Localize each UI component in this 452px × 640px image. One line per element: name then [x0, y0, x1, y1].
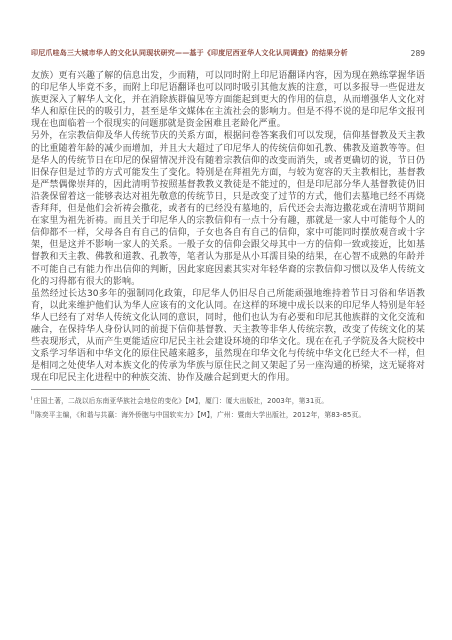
footnotes-section: i庄国土著，二战以后东南亚华族社会地位的变化》【M】，厦门：厦大出版社，2003… [31, 389, 425, 422]
page-number: 289 [411, 49, 425, 58]
footnote-2: ii陈奕平主编，《和谐与共赢：海外侨胞与中国软实力》【M】，广州：暨南大学出版社… [31, 409, 425, 423]
footnote-1-marker: i [31, 396, 33, 402]
paragraph-religion-traditions: 另外，在宗教信仰及华人传统节庆的关系方面，根据问卷答案我们可以发现，信仰基督教及… [31, 130, 425, 287]
body-text-block: 友族）更有兴趣了解的信息出发，少而精，可以同时附上印尼语翻译内容，因为现在熟练掌… [31, 70, 425, 422]
footnote-2-text: 陈奕平主编，《和谐与共赢：海外侨胞与中国软实力》【M】，广州：暨南大学出版社，2… [35, 411, 365, 419]
footnote-separator-line [31, 389, 150, 390]
paragraph-conclusion: 虽然经过长达30多年的强制同化政策，印尼华人仍旧尽自己所能顽强地维持着节日习俗和… [31, 288, 425, 385]
paragraph-continuation: 友族）更有兴趣了解的信息出发，少而精，可以同时附上印尼语翻译内容，因为现在熟练掌… [31, 70, 425, 130]
running-head-title: 印尼爪哇岛三大城市华人的文化认同现状研究——基于《印度尼西亚华人文化认同调查》的… [31, 49, 348, 58]
scanned-paper-page: 印尼爪哇岛三大城市华人的文化认同现状研究——基于《印度尼西亚华人文化认同调查》的… [0, 0, 452, 640]
footnote-1: i庄国土著，二战以后东南亚华族社会地位的变化》【M】，厦门：厦大出版社，2003… [31, 395, 425, 409]
footnote-1-text: 庄国土著，二战以后东南亚华族社会地位的变化》【M】，厦门：厦大出版社，2003年… [34, 397, 329, 405]
footnote-2-marker: ii [31, 410, 34, 416]
running-head: 印尼爪哇岛三大城市华人的文化认同现状研究——基于《印度尼西亚华人文化认同调查》的… [31, 49, 425, 58]
